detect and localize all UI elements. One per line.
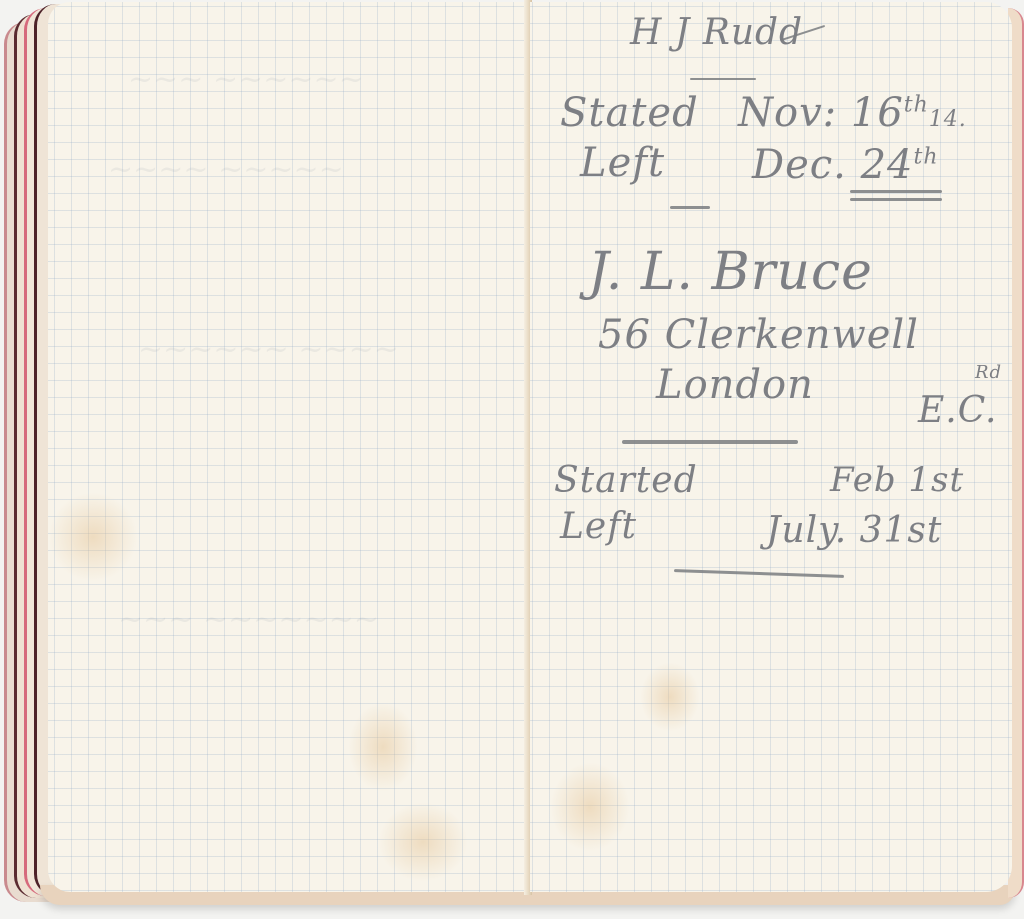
stain xyxy=(640,662,700,732)
entry-2-address-line-2: London xyxy=(656,362,814,408)
show-through-text: ~~~ ~~~~~~~ xyxy=(118,602,379,637)
left-page: ~~~ ~~~~~~ ~~~~ ~~~~~ ~~~~~~ ~~~~ ~~~ ~~… xyxy=(48,2,528,892)
entry-1-left-label: Left xyxy=(580,140,665,186)
entry-2-started-label: Started xyxy=(554,460,698,501)
entry-2-address-line-1: 56 Clerkenwell xyxy=(598,312,919,358)
entry-2-name: J. L. Bruce xyxy=(588,242,873,302)
stain xyxy=(550,762,630,852)
stain xyxy=(378,802,468,882)
entry-2-left-date: July. 31st xyxy=(766,510,942,551)
separator-dash xyxy=(670,206,710,209)
show-through-text: ~~~ ~~~~~~ xyxy=(128,62,364,97)
separator-line xyxy=(622,440,798,444)
entry-2-left-label: Left xyxy=(560,506,637,547)
entry-2-address-road: Rd xyxy=(975,362,1002,383)
show-through-text: ~~~~~~ ~~~~ xyxy=(138,332,399,367)
underline xyxy=(690,78,756,80)
stain xyxy=(48,492,138,582)
double-underline xyxy=(850,198,942,201)
notebook-scene: ~~~ ~~~~~~ ~~~~ ~~~~~ ~~~~~~ ~~~~ ~~~ ~~… xyxy=(0,0,1024,919)
entry-1-name: H J Rudd xyxy=(630,12,803,53)
show-through-text: ~~~~ ~~~~~ xyxy=(108,152,344,187)
right-page: H J Rudd Stated Nov: 16th14. Left Dec. 2… xyxy=(530,2,1012,892)
entry-1-started-label: Stated xyxy=(560,90,699,136)
entry-1-left-date: Dec. 24th xyxy=(752,142,939,188)
entry-1-started-date: Nov: 16th14. xyxy=(738,90,967,136)
entry-2-started-date: Feb 1st xyxy=(830,460,964,500)
entry-2-address-district: E.C. xyxy=(918,390,997,431)
stain xyxy=(348,702,418,792)
double-underline xyxy=(850,190,942,193)
closing-underline xyxy=(674,569,844,578)
